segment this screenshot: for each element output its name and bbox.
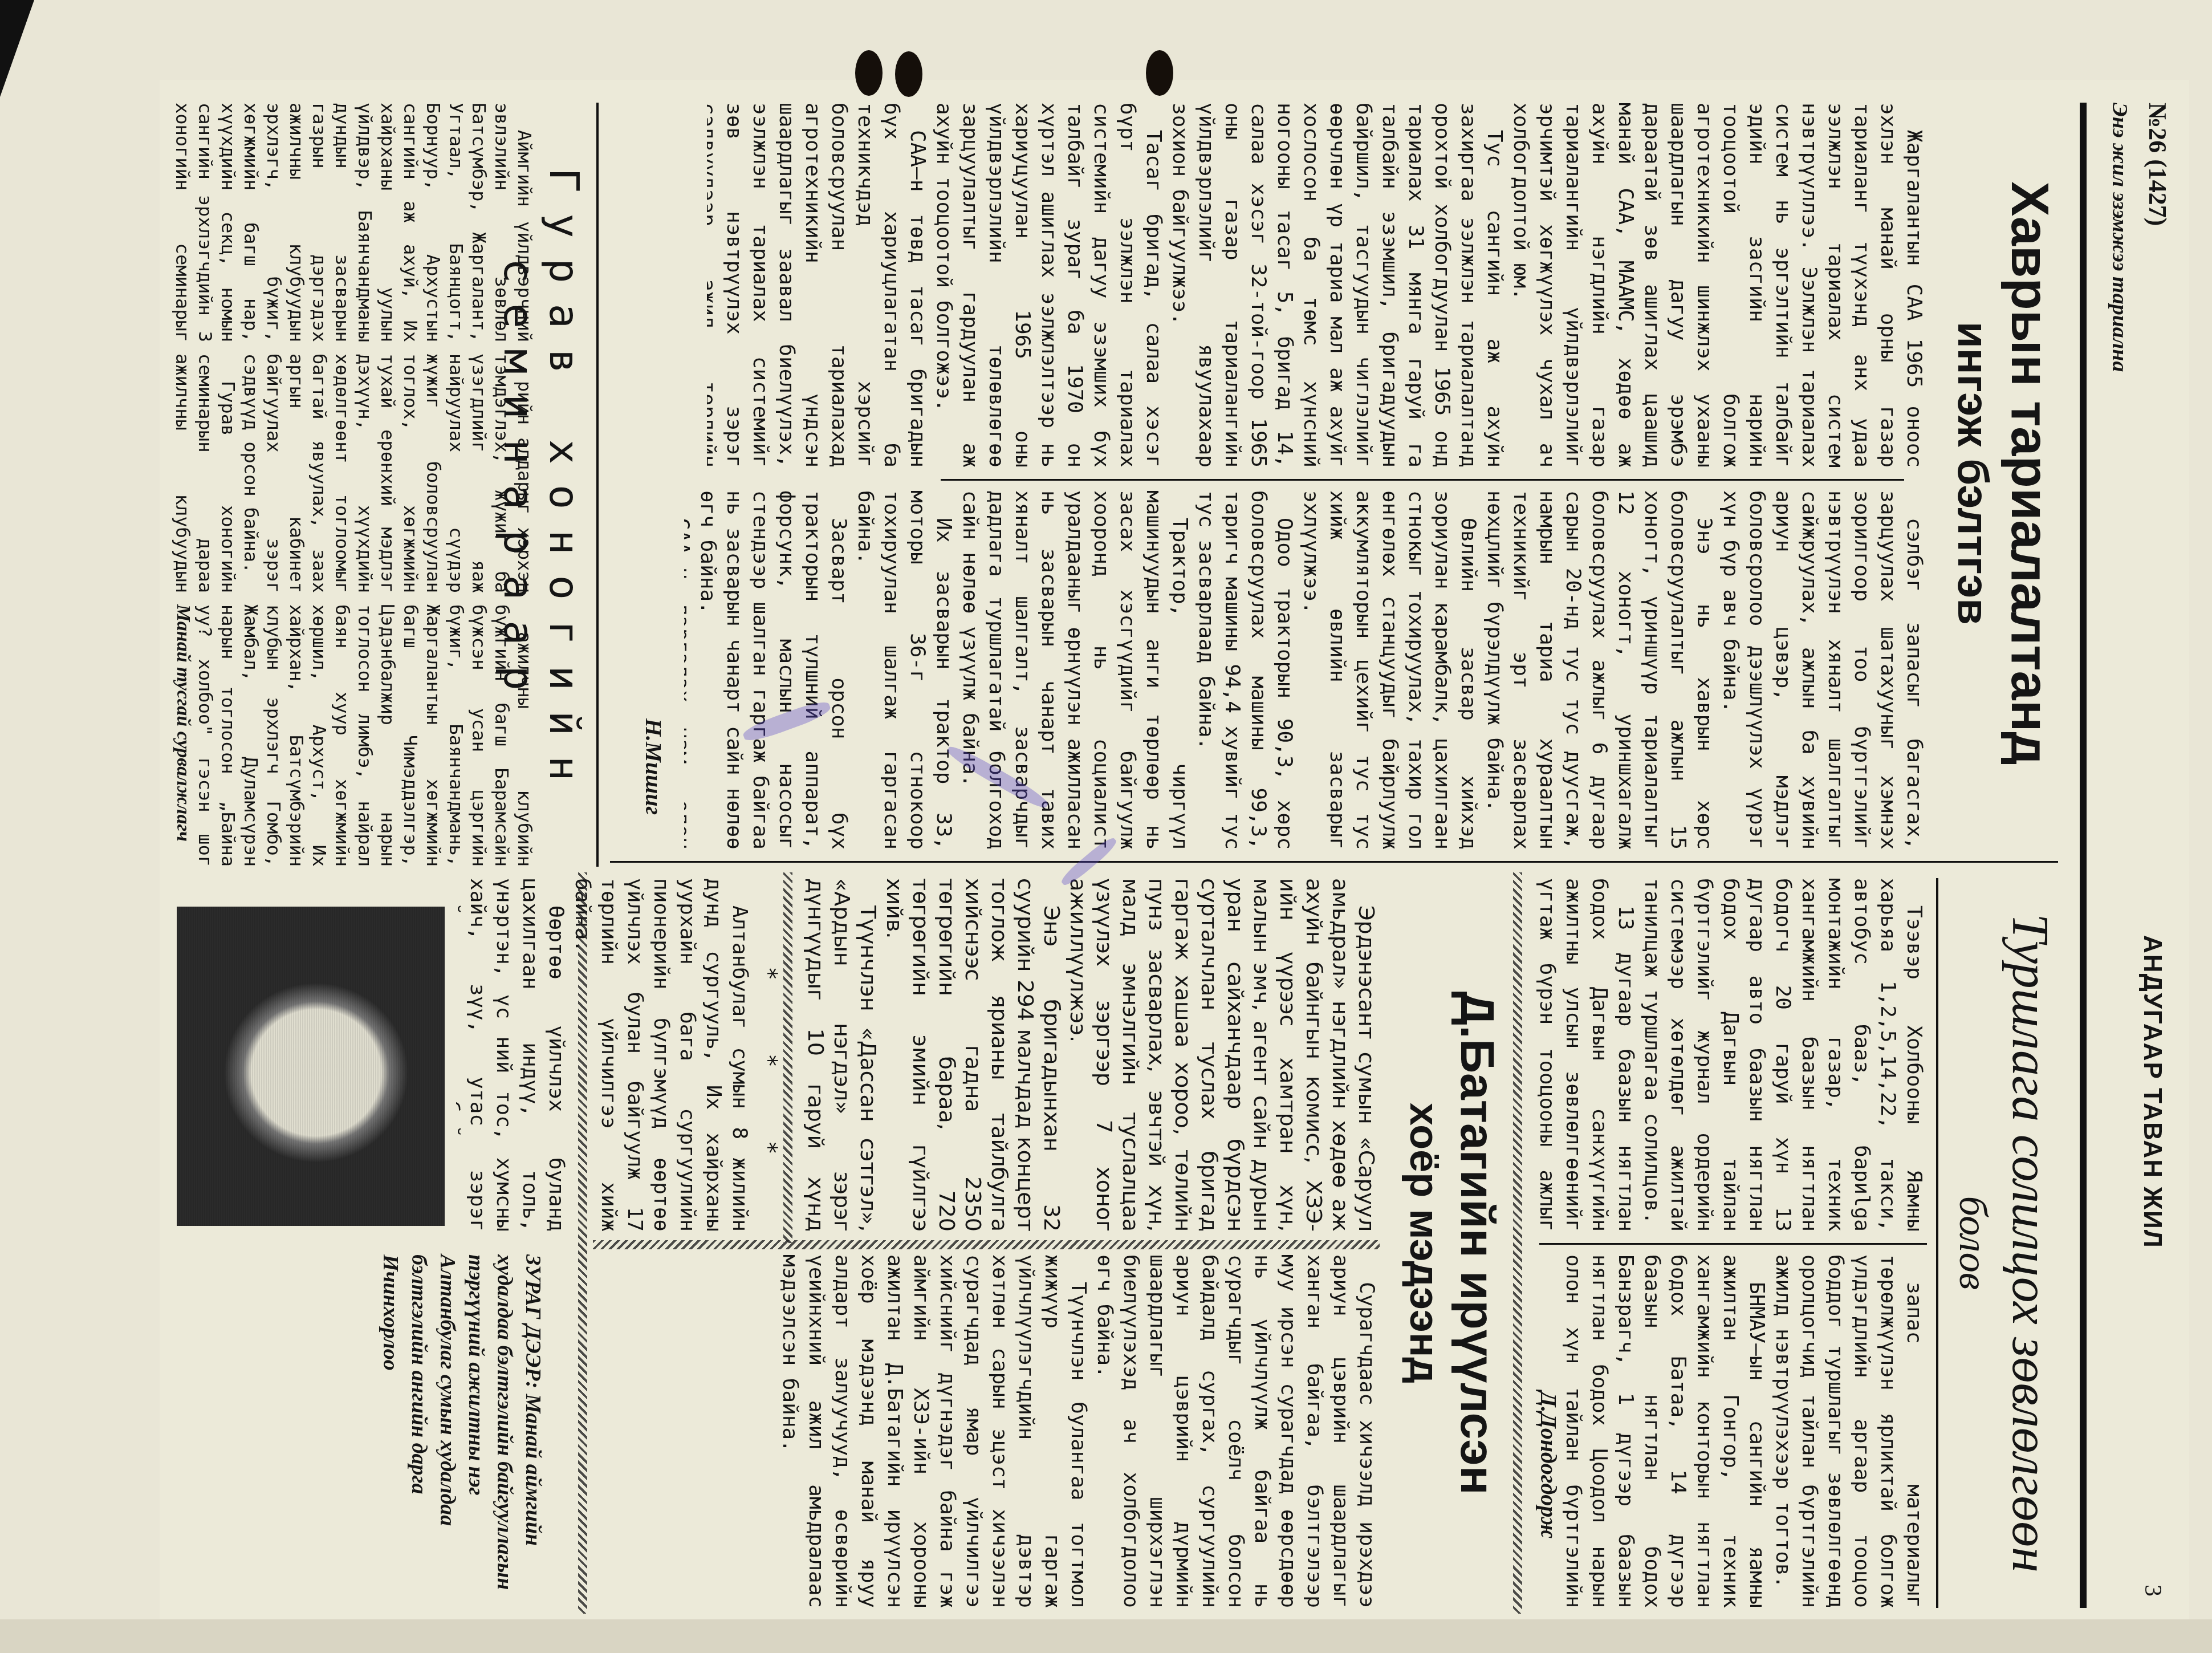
paragraph: Тасаг бригад, салаа хэсэг бүрт ээлжлэн т… xyxy=(930,103,1166,468)
paragraph: Одоо тракторын 90,3, хөрс боловсруулах м… xyxy=(1193,490,1298,850)
section-stars: * * * xyxy=(755,935,781,1220)
masthead-title: АНДУГААР ТАВАН ЖИЛ xyxy=(2138,935,2166,1249)
advice-signature: Д.Дондогдорж xyxy=(1535,1391,1562,1538)
seminar-col2: рийн алдарыг хэрхэн тэмдэглэх, жүжиг ба … xyxy=(171,354,536,593)
decorative-border xyxy=(783,872,792,1243)
advice-col2: запас материалыг төрөлжүүлэн ярликтай бо… xyxy=(1562,1254,1927,1608)
punch-hole xyxy=(855,50,883,96)
newspaper-page: №26 (1427) Энэ жил эзэмжээ тариална АНДУ… xyxy=(160,80,2189,1631)
paragraph: САА—н дэргэдэх нам, олон нийтийн байгуул… xyxy=(684,490,694,850)
page-number: 3 xyxy=(2139,1585,2166,1597)
paragraph: Трактор, чиргүүл машинуудын анги төрлөөр… xyxy=(957,490,1193,850)
batagiin-col3: Сурагчдаас хичээлд ирэхдээ ариун цэврийн… xyxy=(593,1254,1380,1608)
decorative-border xyxy=(578,872,587,1614)
paragraph: Гурав хоногийн семинарын дараа ажилчны к… xyxy=(171,354,239,593)
advice-col1: Тээвэр Холбооны Яамны харьяа 1,2,5,14,22… xyxy=(1534,878,1927,1232)
batagiin-col1: Эрдэнэсант сумын «Саруул амьдрал» нэгдли… xyxy=(798,878,1380,1232)
paragraph: Аймгийн үйлдвэрчний эвлэлийн зөвлөл Батс… xyxy=(171,103,536,342)
paragraph: Өөртөө үйлчлэх буланд цахилгаан индүү, т… xyxy=(456,878,569,1232)
column-divider xyxy=(1539,1243,1927,1245)
headline-advice-sub: болов xyxy=(1950,878,1995,1608)
paragraph: 13 дугаар баазын нягтлан бодох Дагвын са… xyxy=(1534,878,1638,1232)
paragraph: Эрдэнэсант сумын «Саруул амьдрал» нэгдли… xyxy=(1065,878,1380,1232)
issue-number: №26 (1427) xyxy=(2143,103,2172,226)
decorative-border xyxy=(593,1240,1380,1249)
headline-main: Хаврын тариалалтанд xyxy=(2001,103,2058,844)
seminar-col1: Аймгийн үйлдвэрчний эвлэлийн зөвлөл Батс… xyxy=(171,103,536,342)
headline-batagiin-2: хоёр мэдээнд xyxy=(1400,878,1448,1608)
paragraph: Их засварын трактор 33, моторы 36-г стно… xyxy=(852,490,957,850)
seminar-col3: ажилчны клубийн бүжгийн багш Барамсайн б… xyxy=(194,604,536,867)
masthead-rule xyxy=(2080,103,2087,1608)
photo-caption: ЗУРАГ ДЭЭР: Манай аймгийн худалдаа бэлтг… xyxy=(376,1254,547,1608)
headline-main-2: ингэж бэлтгэв xyxy=(1947,103,1998,844)
paragraph: БНМАУ—ын сангийн яамны ажилтан Гонгор, т… xyxy=(1562,1254,1770,1608)
paragraph: Энэ бригадынхан 32 суурийн 294 малчдад к… xyxy=(881,878,1065,1232)
paragraph: Тус сангийн аж ахуйн захиргаа ээлжлэн та… xyxy=(1166,103,1507,468)
column-divider xyxy=(941,479,1904,481)
portrait-photo xyxy=(177,907,445,1226)
masthead-slogan: Энэ жил эзэмжээ тариална xyxy=(2107,103,2132,372)
paragraph: Сурагчдаас хичээлд ирэхдээ ариун цэврийн… xyxy=(1091,1254,1380,1608)
main-article-col2: сэлбэг запасыг багасгах, зарцуулах шатах… xyxy=(684,490,1927,850)
decorative-border xyxy=(1513,872,1522,1614)
paragraph: запас материалыг төрөлжүүлэн ярликтай бо… xyxy=(1770,1254,1927,1608)
paragraph: Энэ нь хаврын хөрс боловсруулалтыг ажлын… xyxy=(1481,490,1717,850)
main-article-col1: Жаргалантын САА 1965 оноос эхлэн манай о… xyxy=(707,103,1927,468)
paragraph: Түүнчлэн «Дассан сэтгэл», «Ардын нэгдэл»… xyxy=(798,878,881,1232)
paragraph: Жаргалантын САА 1965 оноос эхлэн манай о… xyxy=(1507,103,1927,468)
paragraph: Засварт орсон бүх тракторын түлшний аппа… xyxy=(694,490,852,850)
scan-corner-shadow xyxy=(0,0,34,97)
batagiin-col2: Алтанбулаг сумын 8 жилийн дунд сургууль,… xyxy=(456,878,753,1232)
paragraph: Алтанбулаг сумын 8 жилийн дунд сургууль,… xyxy=(569,878,753,1232)
page-bottom-edge xyxy=(0,1619,2212,1653)
headline-advice: Туршлага солилцох зөвлөлгөөн xyxy=(2001,878,2058,1608)
paragraph: Түүнчлэн булангаа тогтмол жижүүр гаргаж … xyxy=(776,1254,1091,1608)
paragraph: рийн алдарыг хэрхэн тэмдэглэх, жүжиг ба … xyxy=(239,354,536,593)
column-divider xyxy=(610,861,2058,863)
punch-hole xyxy=(1146,50,1173,96)
seminar-signature: Манай тусгай сурвалжлагч xyxy=(172,604,194,842)
main-article-signature: Н.Мишиг xyxy=(640,718,667,815)
paragraph: ажилчны клубийн бүжгийн багш Барамсайн б… xyxy=(194,604,536,867)
section-rule xyxy=(596,103,599,867)
paragraph: сэлбэг запасыг багасгах, зарцуулах шатах… xyxy=(1717,490,1927,850)
paragraph: Өвлийн засвар хийхэд зориулан карамбалк,… xyxy=(1298,490,1481,850)
headline-batagiin: Д.Батагийн ирүүлсэн xyxy=(1450,878,1505,1608)
paragraph: Тээвэр Холбооны Яамны харьяа 1,2,5,14,22… xyxy=(1638,878,1927,1232)
punch-hole xyxy=(895,51,922,97)
section-rule xyxy=(1936,878,1938,1608)
paragraph: САА—н төвд тасаг бригадын бүх хариуцлага… xyxy=(707,103,930,468)
